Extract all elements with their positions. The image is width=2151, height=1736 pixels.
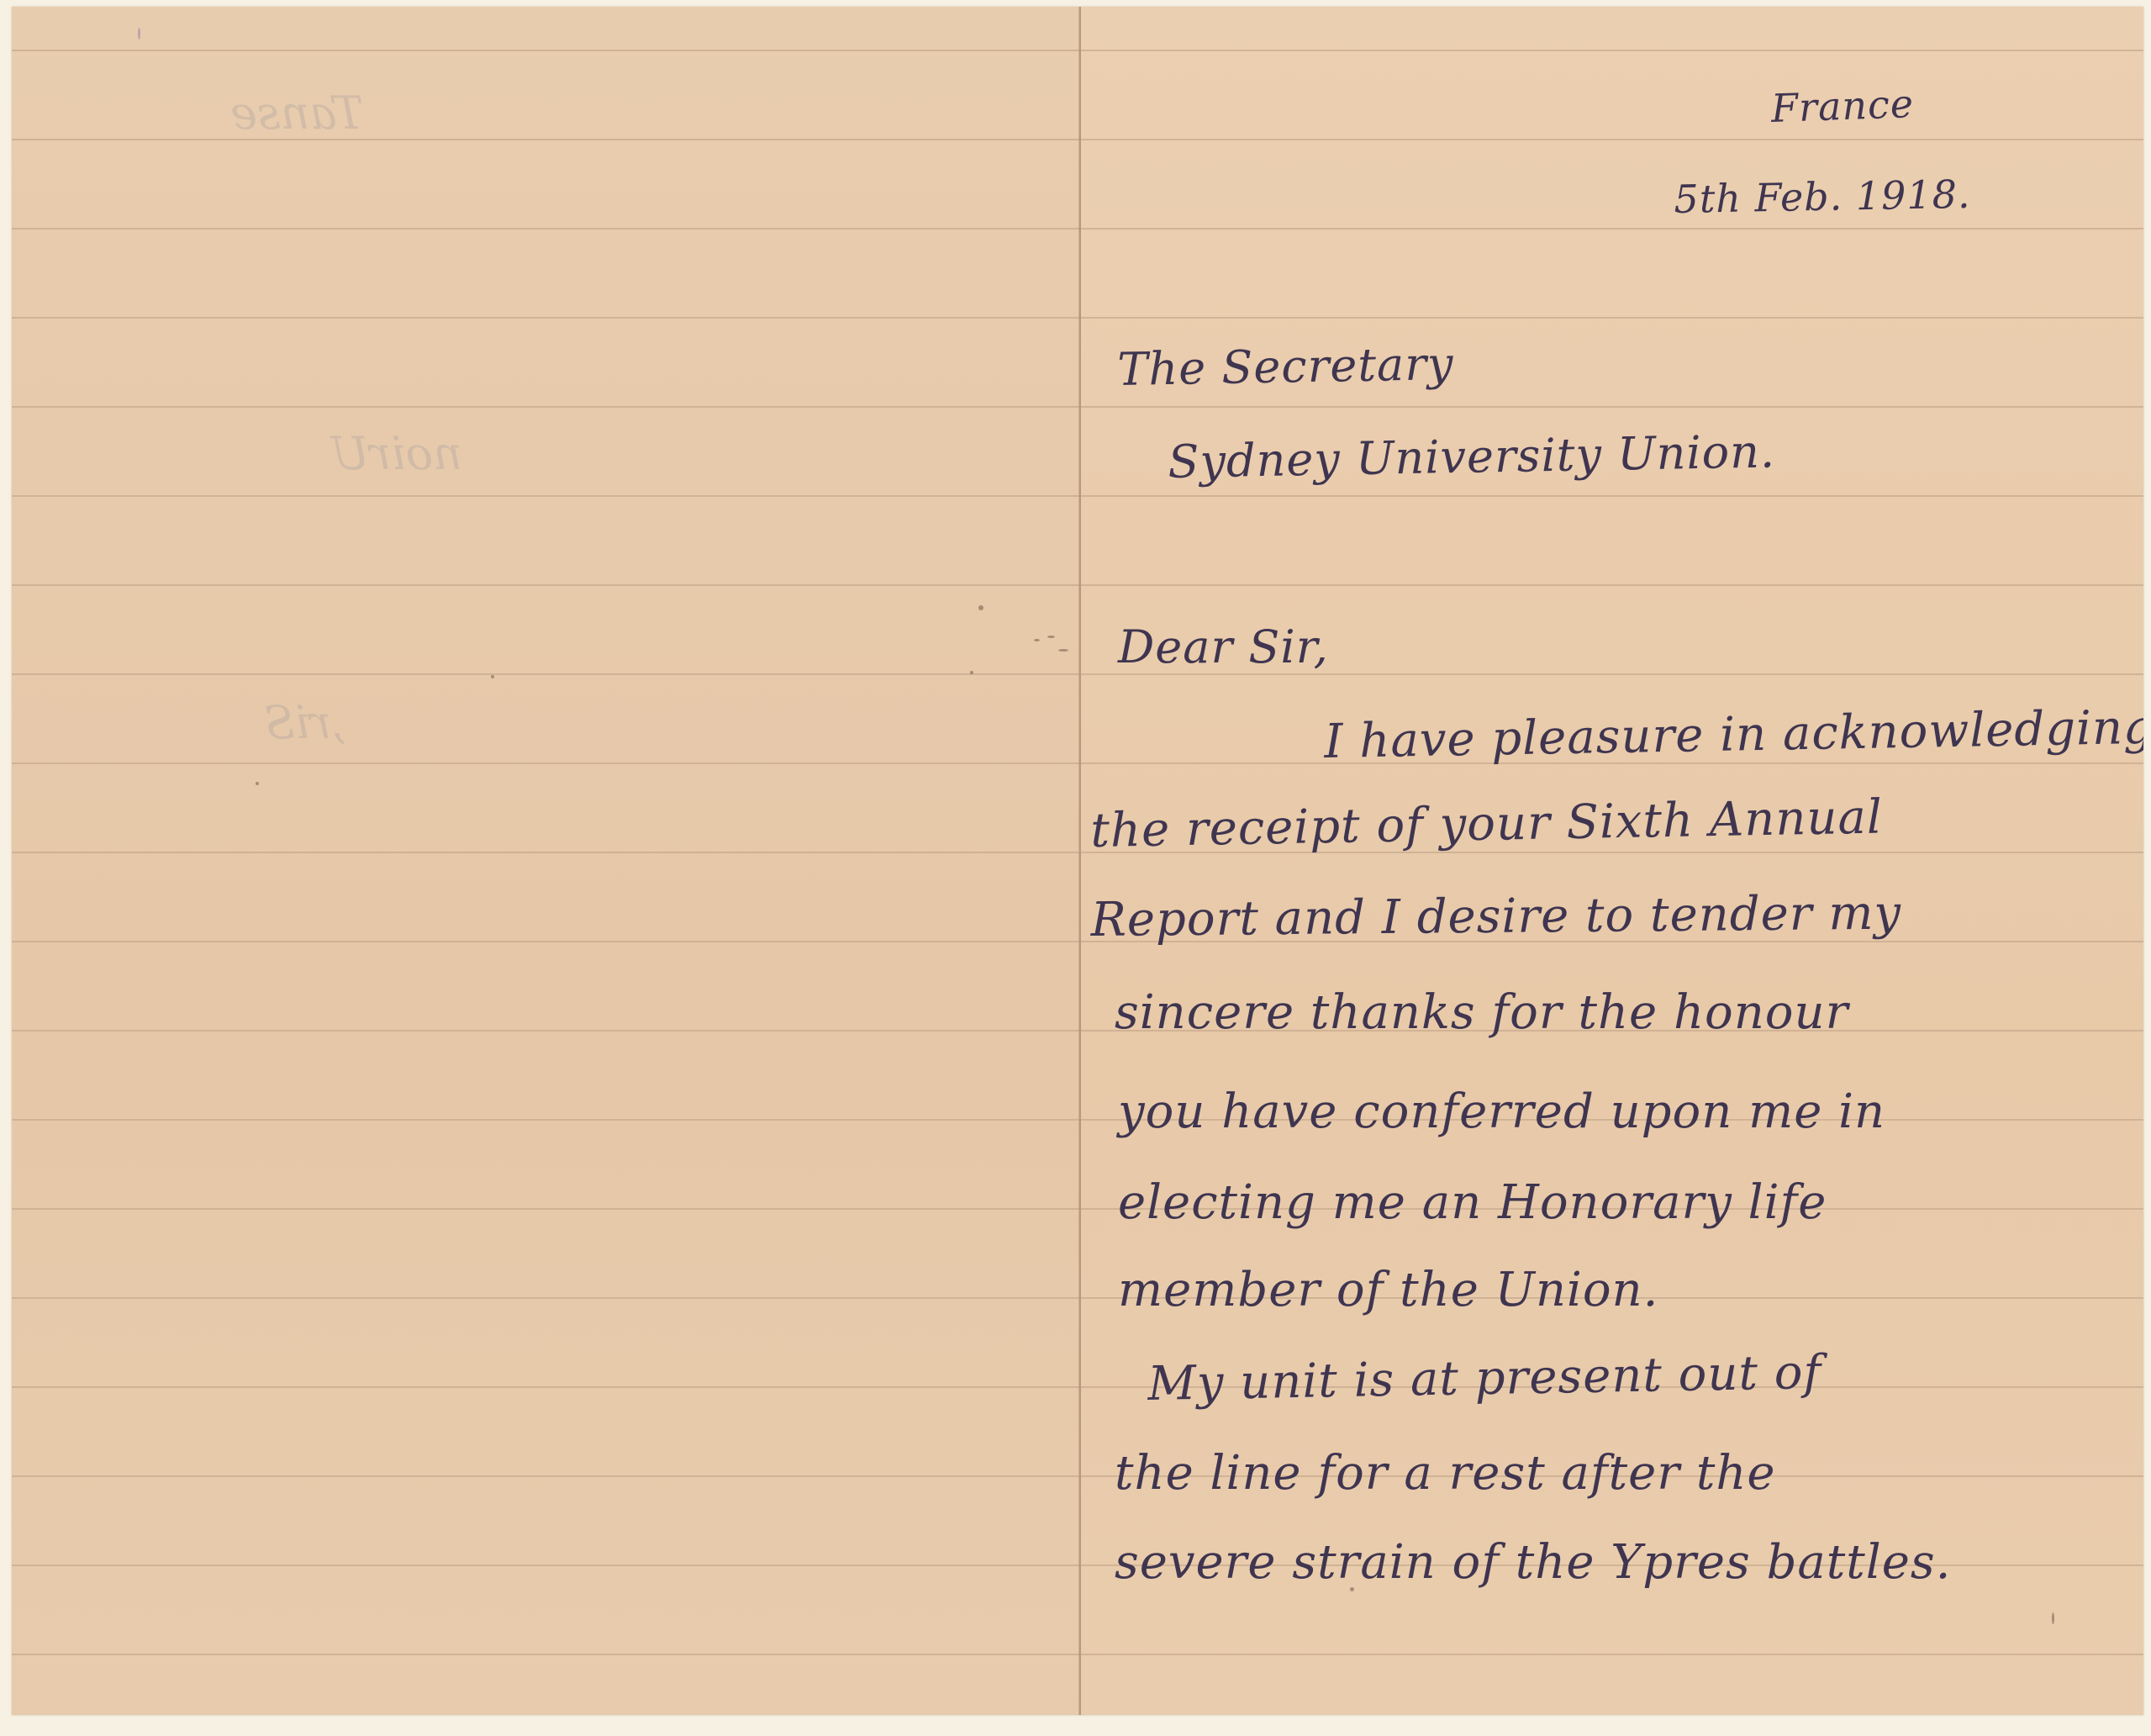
show-through-ink: Tanse xyxy=(230,87,363,140)
paper-speck xyxy=(970,671,973,674)
show-through-ink: ,riS xyxy=(264,696,345,749)
body-line: sincere thanks for the honour xyxy=(1115,985,1848,1040)
letter-sheet: Tanse noirU ,riS xyxy=(12,7,2143,1715)
paper-speck xyxy=(978,605,983,610)
paper-speck xyxy=(1350,1587,1354,1591)
recipient-title: The Secretary xyxy=(1117,337,1454,396)
paper-speck xyxy=(2052,1612,2054,1624)
body-line: Report and I desire to tender my xyxy=(1090,886,1901,947)
body-line: the line for a rest after the xyxy=(1115,1446,1776,1501)
salutation: Dear Sir, xyxy=(1118,620,1329,673)
body-line: member of the Union. xyxy=(1118,1263,1658,1317)
right-page: France 5th Feb. 1918. The Secretary Sydn… xyxy=(1081,7,2143,1715)
left-page: Tanse noirU ,riS xyxy=(12,7,1079,1715)
body-line: electing me an Honorary life xyxy=(1118,1175,1827,1230)
paper-speck xyxy=(1034,639,1040,641)
letter-date: 5th Feb. 1918. xyxy=(1674,171,1971,222)
paper-speck xyxy=(256,782,259,785)
ruled-lines-left xyxy=(12,7,1079,1715)
show-through-ink: noirU xyxy=(331,427,462,480)
recipient-organization: Sydney University Union. xyxy=(1168,425,1776,488)
paper-speck xyxy=(1058,649,1068,652)
body-line: you have conferred upon me in xyxy=(1118,1084,1885,1139)
letter-place: France xyxy=(1770,81,1915,131)
ink-mark xyxy=(138,28,140,40)
paper-speck xyxy=(1047,636,1055,638)
body-line: severe strain of the Ypres battles. xyxy=(1115,1535,1951,1590)
paper-speck xyxy=(491,675,494,678)
